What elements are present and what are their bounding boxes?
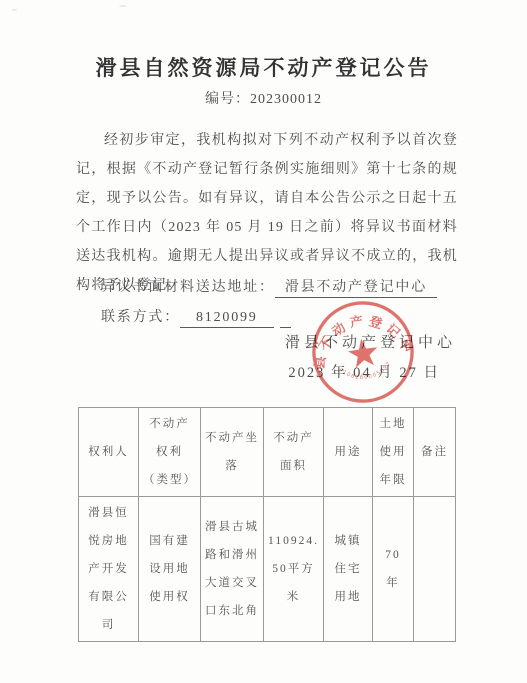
- table-row: 滑县恒悦房地产开发有限公司 国有建设用地使用权 滑县古城路和滑州大道交叉口东北角…: [79, 497, 456, 642]
- contact-label: 联系方式：: [101, 310, 180, 325]
- page-title: 滑县自然资源局不动产登记公告: [0, 52, 527, 82]
- document-page: 滑县自然资源局不动产登记公告 编号：202300012 经初步审定，我机构拟对下…: [0, 0, 527, 683]
- header-right-holder: 权利人: [79, 408, 139, 497]
- header-land-term: 土地使用年限: [373, 408, 414, 497]
- cell-land-term: 70 年: [373, 497, 414, 642]
- table-header-row: 权利人 不动产权利（类型） 不动产坐落 不动产面积 用途 土地使用年限 备注: [79, 408, 456, 497]
- cell-area: 110924.50平方米: [264, 497, 324, 642]
- header-location: 不动产坐落: [201, 408, 264, 497]
- underline-segment: [280, 314, 291, 328]
- registration-table: 权利人 不动产权利（类型） 不动产坐落 不动产面积 用途 土地使用年限 备注 滑…: [78, 407, 456, 642]
- cell-location: 滑县古城路和滑州大道交叉口东北角: [201, 497, 264, 642]
- doc-number-value: 202300012: [250, 92, 322, 107]
- address-line: 异议书面材料送达地址：滑县不动产登记中心: [76, 276, 458, 298]
- contact-line: 联系方式：8120099: [76, 306, 458, 328]
- address-label: 异议书面材料送达地址：: [101, 280, 275, 295]
- address-value: 滑县不动产登记中心: [275, 276, 437, 298]
- header-remarks: 备注: [414, 408, 456, 497]
- scan-artifact: [12, 9, 17, 11]
- header-area: 不动产面积: [264, 408, 324, 497]
- header-right-type: 不动产权利（类型）: [139, 408, 201, 497]
- doc-number-line: 编号：202300012: [0, 88, 527, 108]
- announcement-paragraph: 经初步审定，我机构拟对下列不动产权利予以首次登记，根据《不动产登记暂行条例实施细…: [76, 126, 458, 300]
- header-use: 用途: [324, 408, 373, 497]
- issuer-signature: 滑县不动产登记中心: [76, 331, 458, 352]
- doc-number-label: 编号：: [205, 92, 250, 107]
- cell-use: 城镇住宅用地: [324, 497, 373, 642]
- official-seal: 滑县不动产登记中心 4106260005697: [293, 282, 433, 422]
- cell-remarks: [414, 497, 456, 642]
- cell-right-holder: 滑县恒悦房地产开发有限公司: [79, 497, 139, 642]
- issue-date: 2023 年 04 月 27 日: [76, 361, 458, 382]
- contact-value: 8120099: [180, 310, 274, 328]
- scan-artifact: [119, 5, 127, 7]
- cell-right-type: 国有建设用地使用权: [139, 497, 201, 642]
